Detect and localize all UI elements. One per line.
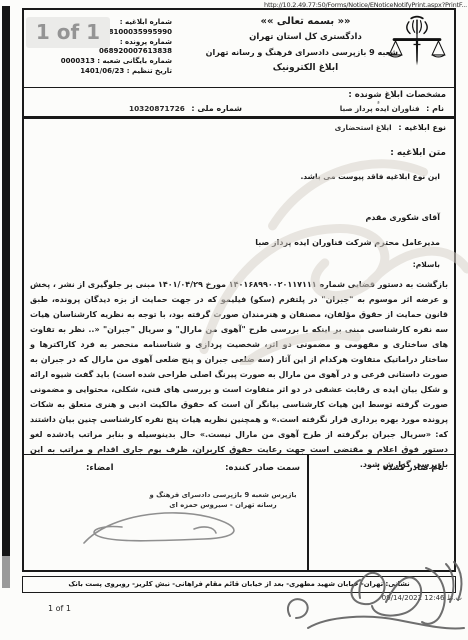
besmele-line: «« بسمه تعالی »» <box>213 16 398 27</box>
notice-body-text: بازگشت به دستور قضایی شماره ۱۴۰۱۶۸۹۹۰۰۲۰… <box>30 277 448 472</box>
national-id-field: شماره ملی : 10320871726 <box>129 104 242 113</box>
organization-line: دادگستری کل استان تهران <box>213 32 398 42</box>
salutation: باسلام: <box>413 260 440 269</box>
issue-date-field: تاریخ تنظیم : 1401/06/23 <box>48 67 172 77</box>
issuer-name-label: نام صادر کننده : <box>377 463 444 473</box>
scan-edge-strip <box>2 6 10 556</box>
handwritten-signature <box>74 505 269 569</box>
print-preview-page: http://10.2.49.77:50/Forms/Notice/ENotic… <box>0 0 468 640</box>
header-titles: «« بسمه تعالی »» دادگستری کل استان تهران… <box>213 16 398 73</box>
page-number-footer: 1 of 1 <box>48 604 71 613</box>
notice-document: «« بسمه تعالی »» دادگستری کل استان تهران… <box>22 8 456 572</box>
addressee-title: مدیرعامل محترم شرکت فناوران ایده پرداز ص… <box>255 238 440 247</box>
issuer-column-divider <box>307 455 309 570</box>
recipient-section: مشخصات ابلاغ شونده : ء نام : فناوران اید… <box>24 88 454 119</box>
notice-type-row: نوع ابلاغیه : ابلاغ استحضاری <box>335 123 446 133</box>
print-datetime: 09/14/2022 12:46 ب.ظ <box>382 594 462 602</box>
scan-edge-shadow <box>2 556 10 588</box>
notice-body-label: متن ابلاغیه : <box>390 148 446 158</box>
recipient-name-field: نام : فناوران ایده پرداز صبا <box>340 104 444 113</box>
signature-label: امضاء: <box>86 463 114 473</box>
issuer-section: نام صادر کننده : سمت صادر کننده: امضاء: … <box>24 454 454 570</box>
addressee-name: آقای شکوری مقدم <box>365 213 440 222</box>
issuer-position-label: سمت صادر کننده: <box>225 463 300 473</box>
footer-address-bar: نشانی: تهران- خیابان شهید مطهری- بعد از … <box>22 576 456 593</box>
page-indicator-overlay: 1 of 1 <box>26 17 110 48</box>
archive-number-field: شماره بایگانی شعبه : 0000313 <box>48 57 172 67</box>
recipient-section-title: مشخصات ابلاغ شونده : <box>348 90 446 100</box>
attachment-note: این نوع ابلاغیه فاقد پیوست می باشد. <box>300 172 440 181</box>
doc-type-title: ابلاغ الکترونیک <box>213 63 398 73</box>
branch-line: شعبه 9 بازپرسی دادسرای فرهنگ و رسانه تهر… <box>213 48 398 57</box>
